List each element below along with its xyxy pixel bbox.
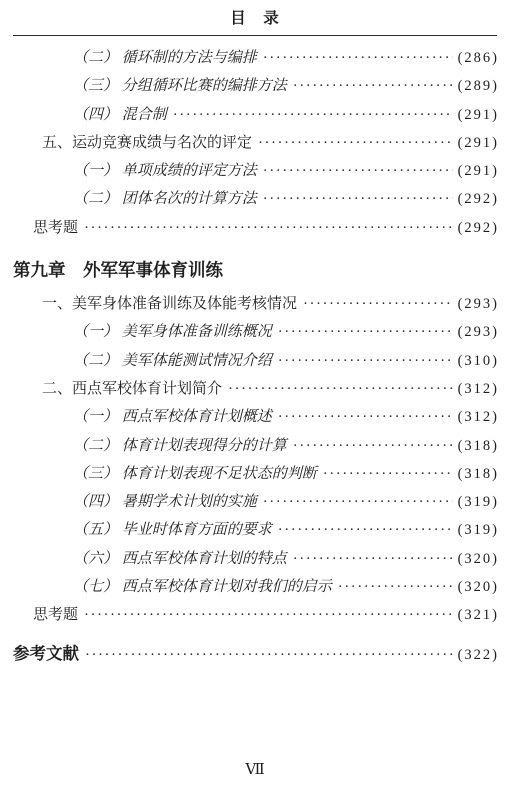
toc-item-page: (318) xyxy=(458,432,499,460)
toc-item: （二） 美军体能测试情况介绍(310) xyxy=(13,347,497,375)
toc-item-page: (312) xyxy=(458,403,499,431)
toc-item: （二） 团体名次的计算方法(292) xyxy=(13,185,497,213)
dot-leader xyxy=(263,44,453,72)
dot-leader xyxy=(173,101,453,129)
toc-item-title: （七） 西点军校体育计划对我们的启示 xyxy=(73,573,332,601)
toc-item-page: (291) xyxy=(458,157,499,185)
reference-item: 参考文献 (322) xyxy=(13,640,497,668)
toc-item-title: （三） 分组循环比赛的编排方法 xyxy=(73,72,287,100)
dot-leader xyxy=(84,214,453,242)
toc-item: （一） 美军身体准备训练概况(293) xyxy=(13,318,497,346)
toc-item: （一） 西点军校体育计划概述(312) xyxy=(13,403,497,431)
dot-leader xyxy=(278,516,453,544)
toc-item-page: (320) xyxy=(458,545,499,573)
toc-item-title: （四） 暑期学术计划的实施 xyxy=(73,488,257,516)
toc-item-title: （六） 西点军校体育计划的特点 xyxy=(73,545,287,573)
toc-item-title: （一） 西点军校体育计划概述 xyxy=(73,403,272,431)
toc-item-title: 五、运动竞赛成绩与名次的评定 xyxy=(42,129,252,157)
toc-list-chapter-nine: 一、美军身体准备训练及体能考核情况(293)（一） 美军身体准备训练概况(293… xyxy=(13,290,497,630)
toc-item-page: (292) xyxy=(458,214,499,242)
toc-item-page: (321) xyxy=(458,601,499,629)
dot-leader xyxy=(303,290,453,318)
toc-item: （四） 混合制(291) xyxy=(13,101,497,129)
toc-item-page: (291) xyxy=(458,101,499,129)
dot-leader xyxy=(338,573,453,601)
toc-item-title: （四） 混合制 xyxy=(73,101,167,129)
dot-leader xyxy=(84,601,453,629)
toc-item-title: （五） 毕业时体育方面的要求 xyxy=(73,516,272,544)
toc-item: 思考题(292) xyxy=(13,214,497,242)
toc-item-title: （二） 团体名次的计算方法 xyxy=(73,185,257,213)
toc-item-title: （二） 循环制的方法与编排 xyxy=(73,44,257,72)
toc-item-title: 思考题 xyxy=(33,214,78,242)
page-title: 目 录 xyxy=(13,9,497,29)
toc-item: （七） 西点军校体育计划对我们的启示(320) xyxy=(13,573,497,601)
page-header: 目 录 xyxy=(13,0,497,36)
toc-item-page: (320) xyxy=(458,573,499,601)
toc-item-title: （三） 体育计划表现不足状态的判断 xyxy=(73,460,317,488)
toc-item: （三） 体育计划表现不足状态的判断(318) xyxy=(13,460,497,488)
toc-item-page: (292) xyxy=(458,185,499,213)
toc-item: （二） 循环制的方法与编排(286) xyxy=(13,44,497,72)
toc-item-page: (318) xyxy=(458,460,499,488)
toc-item-title: （二） 美军体能测试情况介绍 xyxy=(73,347,272,375)
dot-leader xyxy=(293,72,453,100)
dot-leader xyxy=(228,375,453,403)
toc-item-title: 一、美军身体准备训练及体能考核情况 xyxy=(42,290,297,318)
toc-item-page: (312) xyxy=(458,375,499,403)
header-rule xyxy=(13,35,497,36)
toc-item: （二） 体育计划表现得分的计算(318) xyxy=(13,432,497,460)
toc-list-section-tail: （二） 循环制的方法与编排(286)（三） 分组循环比赛的编排方法(289)（四… xyxy=(13,44,497,242)
toc-item: （一） 单项成绩的评定方法(291) xyxy=(13,157,497,185)
dot-leader xyxy=(278,403,453,431)
toc-item: （三） 分组循环比赛的编排方法(289) xyxy=(13,72,497,100)
toc-item: 一、美军身体准备训练及体能考核情况(293) xyxy=(13,290,497,318)
reference-item-page: (322) xyxy=(458,641,499,669)
dot-leader xyxy=(85,641,453,669)
toc-item-page: (319) xyxy=(458,488,499,516)
toc-item-title: （一） 单项成绩的评定方法 xyxy=(73,157,257,185)
toc-item: 二、西点军校体育计划简介(312) xyxy=(13,375,497,403)
toc-item: 五、运动竞赛成绩与名次的评定(291) xyxy=(13,129,497,157)
toc-item: （五） 毕业时体育方面的要求(319) xyxy=(13,516,497,544)
toc-item-title: （一） 美军身体准备训练概况 xyxy=(73,318,272,346)
toc-item-page: (291) xyxy=(458,129,499,157)
toc-item-title: 思考题 xyxy=(33,601,78,629)
dot-leader xyxy=(263,488,453,516)
toc-item-page: (286) xyxy=(458,44,499,72)
toc-item-page: (289) xyxy=(458,72,499,100)
toc-page: 目 录 （二） 循环制的方法与编排(286)（三） 分组循环比赛的编排方法(28… xyxy=(13,0,497,800)
toc-item-title: 二、西点军校体育计划简介 xyxy=(42,375,222,403)
dot-leader xyxy=(293,545,453,573)
toc-item-page: (293) xyxy=(458,318,499,346)
dot-leader xyxy=(293,432,453,460)
dot-leader xyxy=(278,347,453,375)
reference-item-title: 参考文献 xyxy=(13,640,79,668)
toc-item-page: (293) xyxy=(458,290,499,318)
toc-item-page: (319) xyxy=(458,516,499,544)
toc-item: 思考题(321) xyxy=(13,601,497,629)
toc-item: （四） 暑期学术计划的实施(319) xyxy=(13,488,497,516)
chapter-heading: 第九章 外军军事体育训练 xyxy=(13,259,497,281)
toc-item: （六） 西点军校体育计划的特点(320) xyxy=(13,545,497,573)
toc-item-title: （二） 体育计划表现得分的计算 xyxy=(73,432,287,460)
dot-leader xyxy=(278,318,453,346)
dot-leader xyxy=(258,129,453,157)
dot-leader xyxy=(323,460,453,488)
footer-page-number: Ⅶ xyxy=(13,760,497,778)
dot-leader xyxy=(263,157,453,185)
toc-item-page: (310) xyxy=(458,347,499,375)
dot-leader xyxy=(263,185,453,213)
